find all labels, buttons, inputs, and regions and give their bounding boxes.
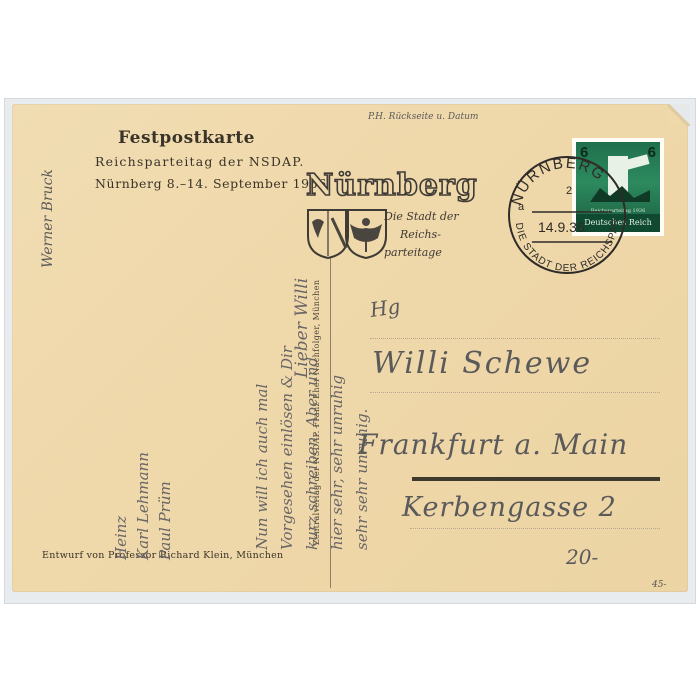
eagle-crest-icon xyxy=(344,208,388,260)
slogan-line: Reichs- xyxy=(384,226,459,244)
city-underline xyxy=(412,477,660,481)
message-text: Nun will ich auch mal Vorgesehen einlöse… xyxy=(250,346,375,550)
svg-text:2: 2 xyxy=(566,185,572,197)
postmark: NÜRNBERG DIE STADT DER REICHSPARTEITAGE … xyxy=(502,150,632,280)
date-line: Nürnberg 8.–14. September 1936 xyxy=(95,176,327,191)
address-prefix: Hg xyxy=(368,294,401,322)
slogan-line: Die Stadt der xyxy=(384,208,459,226)
cancellation-slogan: Die Stadt der Reichs- parteitage xyxy=(384,208,459,262)
pencil-note-top: P.H. Rückseite u. Datum xyxy=(368,112,478,122)
dealer-number: 45- xyxy=(652,580,667,590)
address-extra: 20- xyxy=(566,545,598,569)
recipient-name: Willi Schewe xyxy=(372,346,592,381)
svg-text:a: a xyxy=(518,201,525,213)
recipient-street: Kerbengasse 2 xyxy=(402,492,617,523)
signatures: Heinz Karl Lehmann Paul Prüm xyxy=(110,452,176,560)
card-title: Festpostkarte xyxy=(118,128,255,148)
slogan-line: parteitage xyxy=(384,244,459,262)
svg-text:NÜRNBERG: NÜRNBERG xyxy=(508,155,608,208)
cancellation-city: Nürnberg xyxy=(306,168,478,203)
bent-corner xyxy=(668,104,690,126)
svg-text:14.9.36: 14.9.36 xyxy=(538,219,585,235)
address-line xyxy=(370,338,660,339)
recipient-city: Frankfurt a. Main xyxy=(358,428,628,461)
address-line xyxy=(410,528,660,529)
event-line: Reichsparteitag der NSDAP. xyxy=(95,154,305,169)
margin-signature: Werner Bruck xyxy=(40,169,56,268)
address-line xyxy=(370,392,660,393)
